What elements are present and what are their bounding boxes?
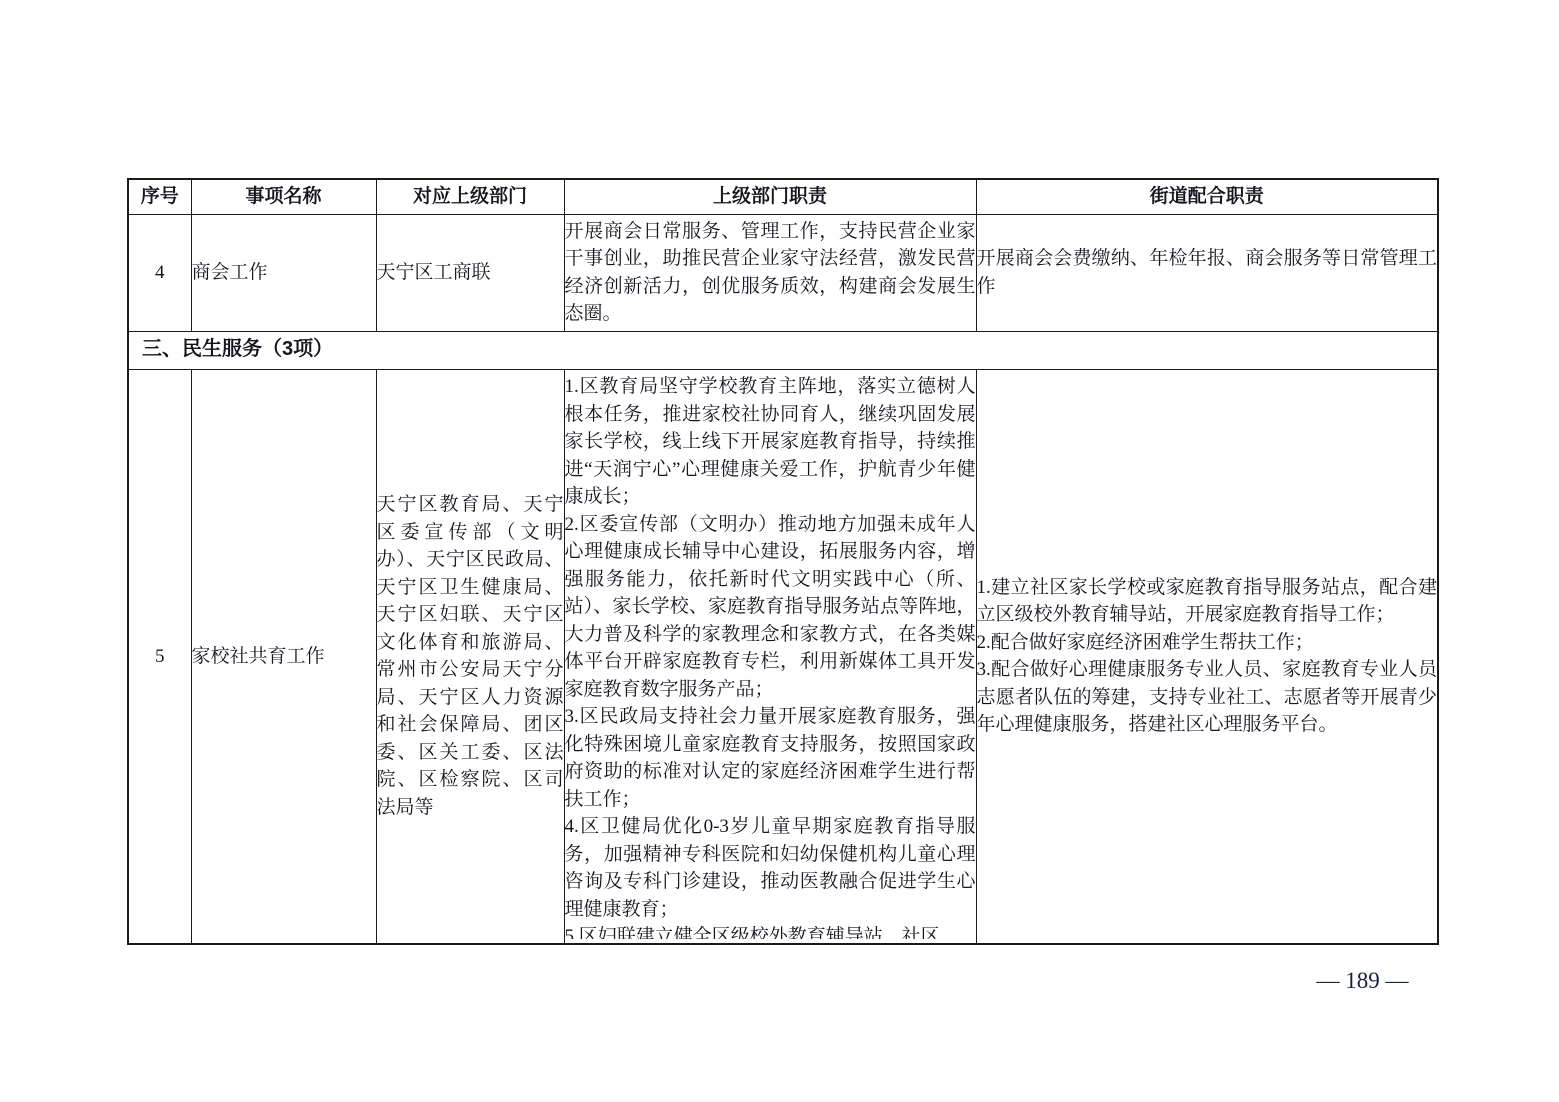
duty-item: 5.区妇联建立健全区级校外教育辅导站、社区: [565, 923, 976, 939]
duty-item: 1.区教育局坚守学校教育主阵地，落实立德树人根本任务，推进家校社协同育人，继续巩…: [565, 373, 976, 511]
header-cell-superior-duty: 上级部门职责: [564, 179, 976, 214]
row5-seq: 5: [128, 369, 191, 944]
row5-street-duty: 1.建立社区家长学校或家庭教育指导服务站点，配合建立区级校外教育辅导站，开展家庭…: [976, 369, 1438, 944]
duty-item: 3.区民政局支持社会力量开展家庭教育服务，强化特殊困境儿童家庭教育支持服务，按照…: [565, 703, 976, 813]
responsibility-table: 序号 事项名称 对应上级部门 上级部门职责 街道配合职责 4 商会工作 天宁区工…: [127, 178, 1439, 945]
row4-superior-department: 天宁区工商联: [376, 214, 564, 331]
row5-superior-duty: 1.区教育局坚守学校教育主阵地，落实立德树人根本任务，推进家校社协同育人，继续巩…: [564, 369, 976, 944]
duty-item: 4.区卫健局优化0-3岁儿童早期家庭教育指导服务，加强精神专科医院和妇幼保健机构…: [565, 813, 976, 923]
section-header-label: 三、民生服务（3项）: [128, 331, 1438, 369]
row5-superior-department: 天宁区教育局、天宁区委宣传部（文明办）、天宁区民政局、天宁区卫生健康局、天宁区妇…: [376, 369, 564, 944]
page-number: — 189 —: [1305, 968, 1420, 994]
duty-item: 2.区委宣传部（文明办）推动地方加强未成年人心理健康成长辅导中心建设，拓展服务内…: [565, 511, 976, 704]
row5-superior-duty-cliplist: 1.区教育局坚守学校教育主阵地，落实立德树人根本任务，推进家校社协同育人，继续巩…: [565, 373, 976, 939]
row4-street-duty: 开展商会会费缴纳、年检年报、商会服务等日常管理工作: [976, 214, 1438, 331]
header-cell-seq: 序号: [128, 179, 191, 214]
row4-seq: 4: [128, 214, 191, 331]
duty-item: 3.配合做好心理健康服务专业人员、家庭教育专业人员志愿者队伍的筹建，支持专业社工…: [977, 656, 1438, 739]
duty-item: 2.配合做好家庭经济困难学生帮扶工作；: [977, 629, 1438, 657]
row5-item-name: 家校社共育工作: [191, 369, 376, 944]
header-cell-superior-department: 对应上级部门: [376, 179, 564, 214]
row4-item-name: 商会工作: [191, 214, 376, 331]
table-row-5: 5 家校社共育工作 天宁区教育局、天宁区委宣传部（文明办）、天宁区民政局、天宁区…: [128, 369, 1438, 944]
duty-item: 1.建立社区家长学校或家庭教育指导服务站点，配合建立区级校外教育辅导站，开展家庭…: [977, 574, 1438, 629]
table-header-row: 序号 事项名称 对应上级部门 上级部门职责 街道配合职责: [128, 179, 1438, 214]
row4-superior-duty: 开展商会日常服务、管理工作，支持民营企业家干事创业，助推民营企业家守法经营，激发…: [564, 214, 976, 331]
section-header-row: 三、民生服务（3项）: [128, 331, 1438, 369]
table-row-4: 4 商会工作 天宁区工商联 开展商会日常服务、管理工作，支持民营企业家干事创业，…: [128, 214, 1438, 331]
header-cell-street-duty: 街道配合职责: [976, 179, 1438, 214]
header-cell-item-name: 事项名称: [191, 179, 376, 214]
